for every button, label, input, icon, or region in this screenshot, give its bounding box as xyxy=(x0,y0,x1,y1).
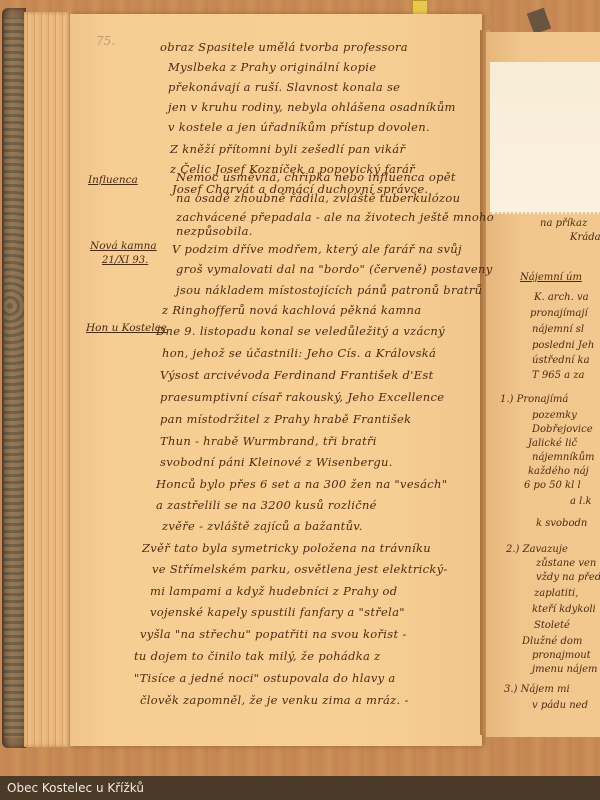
right-text-line: na příkaz xyxy=(540,218,587,229)
text-line: Honců bylo přes 6 set a na 300 žen na "v… xyxy=(156,479,447,491)
text-line: pan místodržitel z Prahy hrabě František xyxy=(160,414,411,426)
right-text-line: pozemky xyxy=(532,410,577,421)
text-line: zachvácené přepadala - ale na životech j… xyxy=(176,212,494,224)
right-text-line: Nájemní úm xyxy=(520,272,582,283)
right-text-line: nájemní sl xyxy=(532,324,584,335)
right-text-line: pronajímají xyxy=(530,308,588,319)
text-line: Z kněží přítomni byli zešedlí pan vikář xyxy=(170,144,405,156)
right-text-line: posledni Jeh xyxy=(532,340,594,351)
right-text-line: zůstane ven xyxy=(536,558,596,569)
text-line: "Tisíce a jedné noci" ostupovala do hlav… xyxy=(134,673,396,685)
text-line: praesumptivní císař rakouský, Jeho Excel… xyxy=(160,392,444,404)
book-cover xyxy=(2,8,26,748)
text-line: a zastřelili se na 3200 kusů rozličné xyxy=(156,500,377,512)
text-line: Myslbeka z Prahy originální kopie xyxy=(168,62,376,74)
right-text-line: kteří kdykoli xyxy=(532,604,596,615)
text-line: z Ringhofferů nová kachlová pěkná kamna xyxy=(162,305,421,317)
image-caption: Obec Kostelec u Křížků xyxy=(7,781,144,795)
text-line: Dne 9. listopadu konal se veledůležitý a… xyxy=(156,326,445,338)
text-line: mi lampami a když hudebníci z Prahy od xyxy=(150,586,397,598)
text-line: Nemoc úsměvná, chřipka nebo influenca op… xyxy=(176,172,456,184)
margin-note-nova-kamna: Nová kamna 21/XI 93. xyxy=(90,240,157,266)
right-text-line: každého náj xyxy=(528,466,589,477)
page-edges xyxy=(24,12,72,747)
right-text-line: v pádu ned xyxy=(532,700,588,711)
text-line: nezpůsobila. xyxy=(176,226,253,238)
text-line: na osadě zhoubně řádila, zvláště tuberku… xyxy=(176,193,460,205)
text-line: Výsost arcivévoda Ferdinand František d'… xyxy=(160,370,434,382)
right-text-line: pronajmout xyxy=(532,650,591,661)
right-text-line: Jalické lič xyxy=(528,438,577,449)
text-line: Thun - hrabě Wurmbrand, tři bratři xyxy=(160,436,377,448)
right-text-line: Dlužné dom xyxy=(522,636,582,647)
right-text-line: zaplatiti, xyxy=(534,588,578,599)
text-line: groš vymalovati dal na "bordo" (červeně)… xyxy=(176,264,493,276)
right-text-line: 2.) Zavazuje xyxy=(506,544,568,555)
right-text-line: a l.k xyxy=(570,496,592,507)
inserted-paper-slip xyxy=(490,62,600,214)
text-line: V podzim dříve modřem, který ale farář n… xyxy=(172,244,462,256)
caption-bar: Obec Kostelec u Křížků xyxy=(0,776,600,800)
text-line: hon, jehož se účastnili: Jeho Cís. a Krá… xyxy=(162,348,436,360)
right-text-line: 1.) Pronajímá xyxy=(500,394,568,405)
document-viewer: 75. Influenca Nová kamna 21/XI 93. Hon u… xyxy=(0,0,600,776)
text-line: zvěře - zvláště zajíců a bažantův. xyxy=(162,521,363,533)
right-text-line: 6 po 50 kl l xyxy=(524,480,581,491)
text-line: v kostele a jen úřadníkům přístup dovole… xyxy=(168,122,430,134)
text-line: Zvěř tato byla symetricky položena na tr… xyxy=(142,543,431,555)
right-text-line: nájemníkům xyxy=(532,452,595,463)
margin-note-influenca: Influenca xyxy=(88,174,138,186)
text-line: vojenské kapely spustili fanfary a "stře… xyxy=(150,607,405,619)
right-text-line: ústřední ka xyxy=(532,355,590,366)
text-line: tu dojem to činilo tak milý, že pohádka … xyxy=(134,651,380,663)
text-line: obraz Spasitele umělá tvorba professora xyxy=(160,42,408,54)
right-text-line: T 965 a za xyxy=(532,370,585,381)
right-text-line: K. arch. va xyxy=(534,292,589,303)
text-line: jen v kruhu rodiny, nebyla ohlášena osad… xyxy=(168,102,456,114)
right-text-line: Stoleté xyxy=(534,620,570,631)
right-text-line: 3.) Nájem mi xyxy=(504,684,570,695)
text-line: jsou nákladem místostojících pánů patron… xyxy=(176,285,482,297)
text-line: ve Střímelském parku, osvětlena jest ele… xyxy=(152,564,448,576)
margin-note-hon: Hon u Kostelce xyxy=(86,322,167,334)
right-text-line: Dobřejovice xyxy=(532,424,593,435)
paper-clip xyxy=(527,8,551,35)
right-text-line: jmenu nájem xyxy=(532,664,597,675)
right-text-line: k svobodn xyxy=(536,518,587,529)
text-line: překonávají a ruší. Slavnost konala se xyxy=(168,82,400,94)
right-text-line: vždy na před xyxy=(536,572,600,583)
text-line: svobodní páni Kleinové z Wisenbergu. xyxy=(160,457,393,469)
page-number: 75. xyxy=(96,34,115,48)
right-text-line: Kráda xyxy=(570,232,600,243)
text-line: člověk zapomněl, že je venku zima a mráz… xyxy=(140,695,409,707)
text-line: vyšla "na střechu" popatřiti na svou koř… xyxy=(140,629,407,641)
